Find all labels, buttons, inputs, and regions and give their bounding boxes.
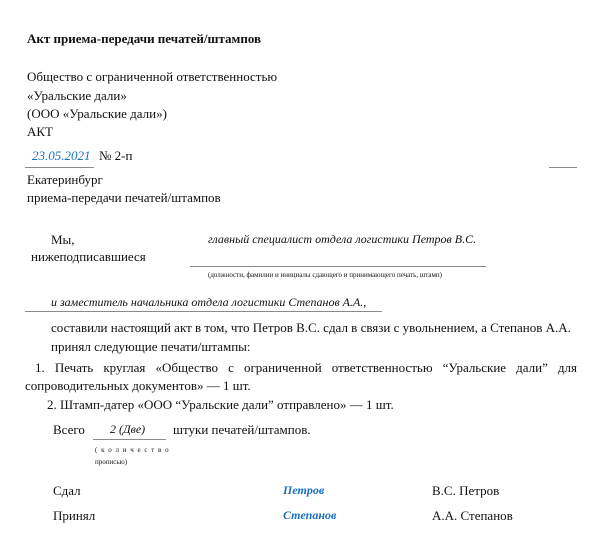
person-2: и заместитель начальника отдела логистик… [51,295,366,310]
signature-petrov: Петров [283,483,324,498]
org-line-3: (ООО «Уральские дали») [27,106,167,122]
persons-underline [190,266,486,267]
total-caption-2: прописью) [95,458,127,466]
item-1-line-2: сопроводительных документов» — 1 шт. [25,378,251,394]
document-date: 23.05.2021 [32,148,91,164]
total-value: 2 (Две) [110,422,145,437]
document-title: Акт приема-передачи печатей/штампов [27,31,261,47]
total-suffix: штуки печатей/штампов. [173,422,311,438]
org-line-2: «Уральские дали» [27,88,127,104]
date-underline [25,167,94,168]
org-line-1: Общество с ограниченной ответственностью [27,69,277,85]
statement-line-1: составили настоящий акт в том, что Петро… [51,320,571,336]
document-number: № 2-п [99,148,132,164]
person-1: главный специалист отдела логистики Петр… [208,232,476,247]
statement-line-2: принял следующие печати/штампы: [51,339,251,355]
signature-stepanov: Степанов [283,508,336,523]
role-received: Принял [53,508,95,524]
document-subtitle: приема-передачи печатей/штампов [27,190,221,206]
name-petrov: В.С. Петров [432,483,499,499]
item-1-line-1: 1. Печать круглая «Общество с ограниченн… [35,360,577,376]
persons-caption: (должности, фамилии и инициалы сдающего … [208,271,442,279]
we-label: Мы, [51,232,75,248]
total-caption-1: ( к о л и ч е с т в о [95,446,170,454]
undersigned-label: нижеподписавшиеся [31,249,146,265]
act-label: АКТ [27,124,53,140]
number-underline [549,167,577,168]
item-2: 2. Штамп-датер «ООО “Уральские дали” отп… [47,397,394,413]
name-stepanov: А.А. Степанов [432,508,513,524]
total-underline [93,439,166,440]
city: Екатеринбург [27,172,103,188]
role-handed: Сдал [53,483,81,499]
total-label: Всего [53,422,85,438]
person-2-underline [25,311,382,312]
